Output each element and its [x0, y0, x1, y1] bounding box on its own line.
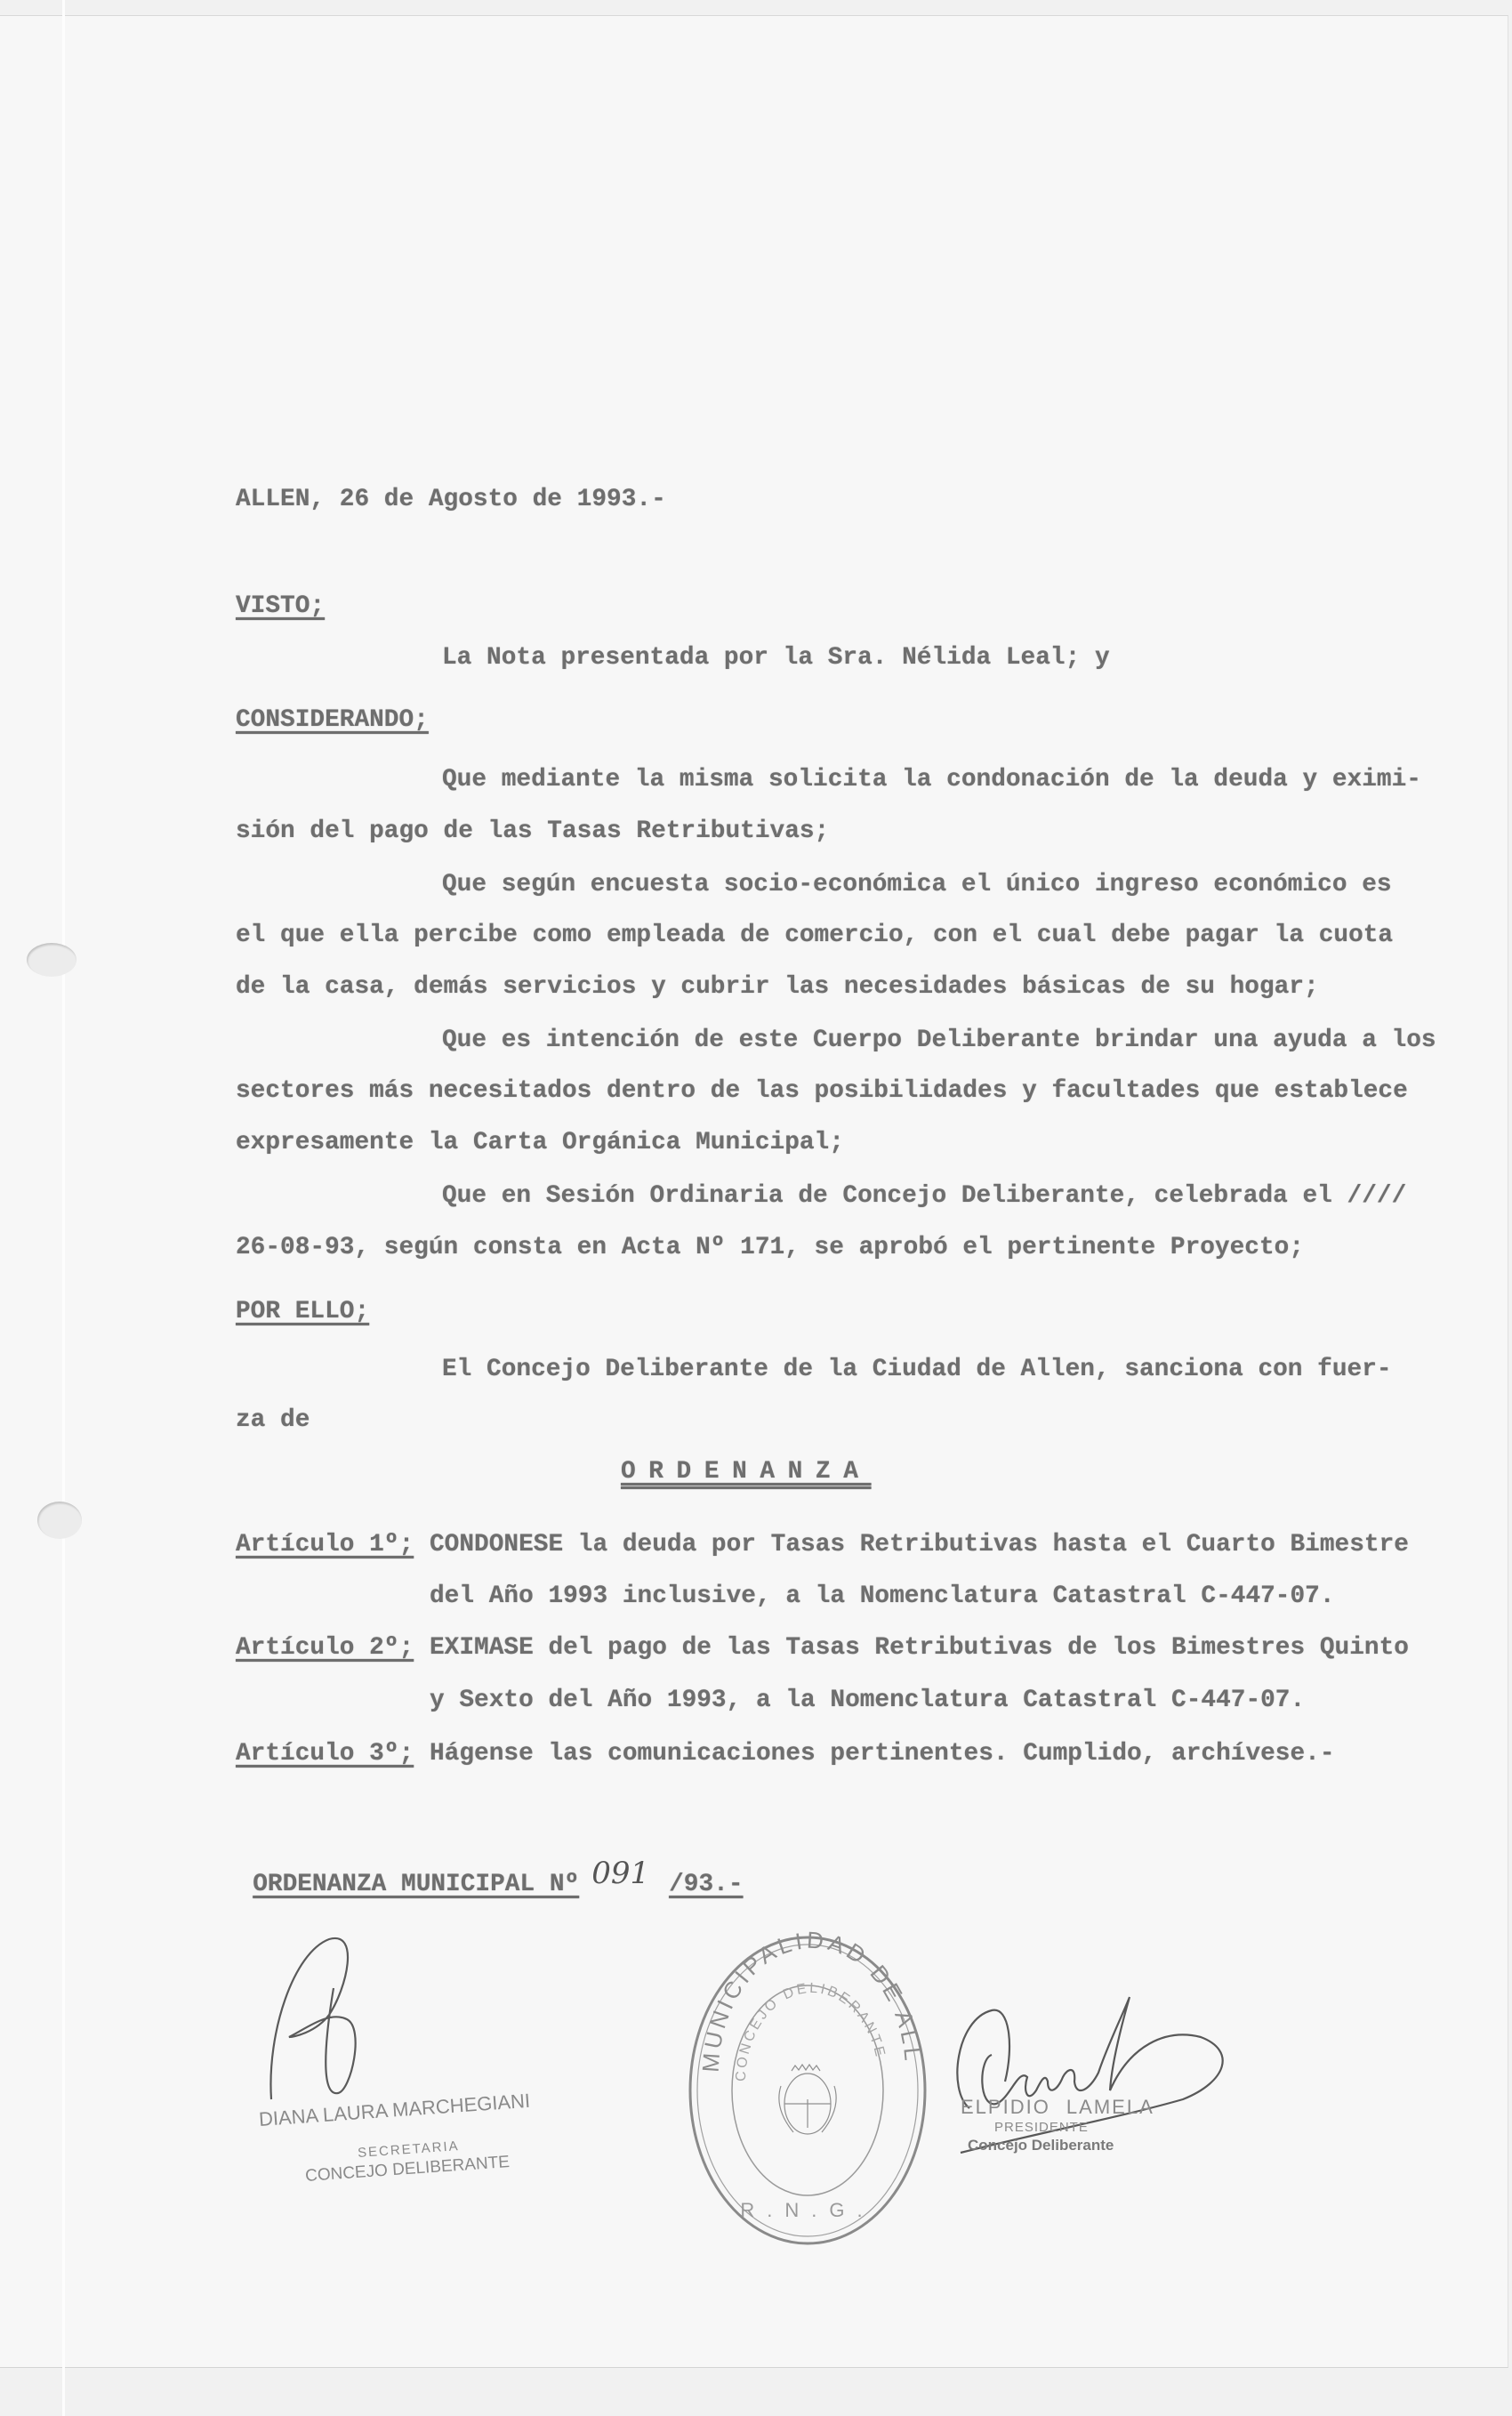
- considerando-line: expresamente la Carta Orgánica Municipal…: [236, 1129, 844, 1157]
- signatory-right-name: ELPIDIO LAMELA: [961, 2096, 1154, 2119]
- signatory-right-role: PRESIDENTE: [994, 2120, 1089, 2135]
- ordinance-number-prefix: ORDENANZA MUNICIPAL Nº: [253, 1871, 579, 1898]
- visto-heading: VISTO;: [236, 592, 325, 621]
- considerando-line: sión del pago de las Tasas Retributivas;: [236, 817, 829, 846]
- visto-text: La Nota presentada por la Sra. Nélida Le…: [442, 644, 1110, 672]
- considerando-line: Que mediante la misma solicita la condon…: [442, 766, 1421, 794]
- seal-bottom-text: R.N.G.: [740, 2199, 874, 2221]
- signature-left-icon: [267, 1935, 382, 2104]
- por-ello-heading: POR ELLO;: [236, 1298, 369, 1326]
- scan-artifact-line: [62, 0, 65, 2416]
- ordinance-number-handwritten: 091: [591, 1856, 649, 1891]
- ordenanza-heading: ORDENANZA: [621, 1458, 872, 1486]
- considerando-line: 26-08-93, según consta en Acta Nº 171, s…: [236, 1234, 1304, 1262]
- article-2-label: Artículo 2º;: [236, 1634, 414, 1663]
- ordinance-number: ORDENANZA MUNICIPAL Nº091/93.-: [236, 1847, 744, 1899]
- municipal-seal-icon: MUNICIPALIDAD DE ALLEN CONCEJO DELIBERAN…: [683, 1930, 932, 2251]
- signature-right-icon: [943, 1993, 1245, 2144]
- article-1-label: Artículo 1º;: [236, 1531, 414, 1559]
- considerando-heading: CONSIDERANDO;: [236, 706, 429, 735]
- considerando-line: sectores más necesitados dentro de las p…: [236, 1077, 1408, 1106]
- considerando-line: el que ella percibe como empleada de com…: [236, 922, 1393, 950]
- place-date: ALLEN, 26 de Agosto de 1993.-: [236, 486, 666, 514]
- article-2-line: y Sexto del Año 1993, a la Nomenclatura …: [430, 1687, 1305, 1715]
- article-1-line: del Año 1993 inclusive, a la Nomenclatur…: [430, 1582, 1335, 1611]
- considerando-line: de la casa, demás servicios y cubrir las…: [236, 973, 1319, 1002]
- article-2-line: EXIMASE del pago de las Tasas Retributiv…: [430, 1634, 1409, 1663]
- considerando-line: Que es intención de este Cuerpo Delibera…: [442, 1027, 1436, 1055]
- punch-hole-top: [27, 943, 76, 977]
- considerando-line: Que en Sesión Ordinaria de Concejo Delib…: [442, 1182, 1406, 1211]
- punch-hole-bottom: [37, 1502, 82, 1539]
- article-3-label: Artículo 3º;: [236, 1740, 414, 1768]
- ordinance-number-suffix: /93.-: [669, 1871, 743, 1898]
- considerando-line: Que según encuesta socio-económica el ún…: [442, 871, 1392, 899]
- por-ello-line: El Concejo Deliberante de la Ciudad de A…: [442, 1356, 1392, 1384]
- article-3-line: Hágense las comunicaciones pertinentes. …: [430, 1740, 1335, 1768]
- por-ello-line: za de: [236, 1406, 310, 1435]
- article-1-line: CONDONESE la deuda por Tasas Retributiva…: [430, 1531, 1409, 1559]
- signatory-right-body: Concejo Deliberante: [968, 2137, 1114, 2154]
